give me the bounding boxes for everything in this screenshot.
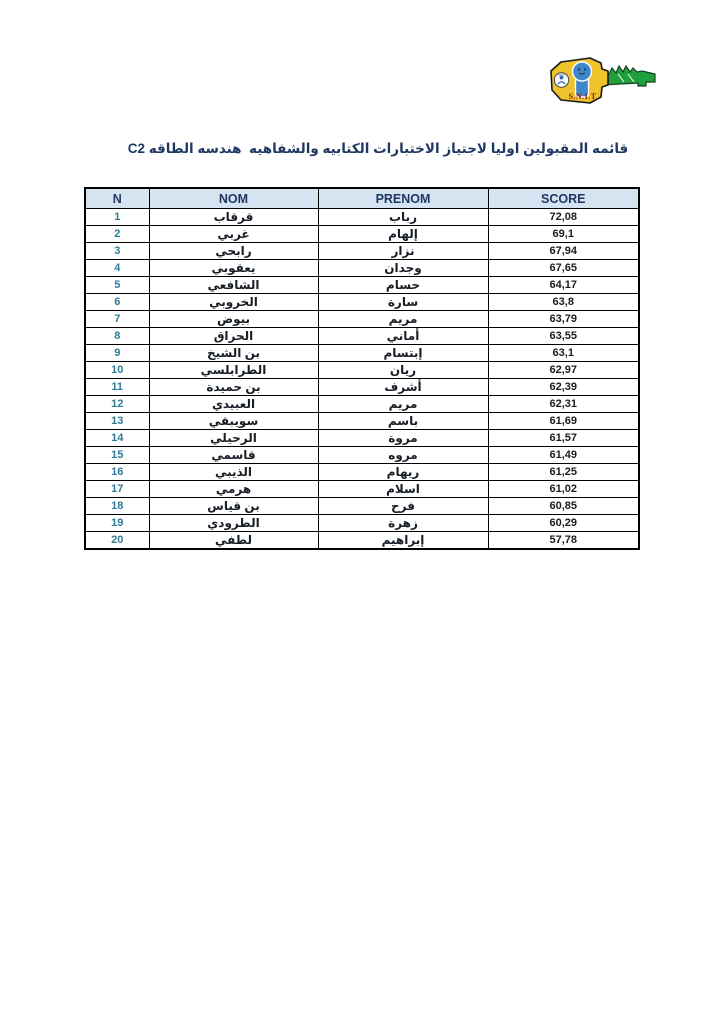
nom-cell: قرقاب: [149, 209, 318, 226]
document-page: S.N.I.T قائمه المقبولين اوليا لاجتياز ال…: [0, 0, 724, 1024]
score-cell: 62,31: [488, 396, 639, 413]
page-title: قائمه المقبولين اوليا لاجتياز الاختبارات…: [0, 141, 724, 157]
score-cell: 61,69: [488, 413, 639, 430]
table-row: 6الخروبيسارة63,8: [85, 294, 639, 311]
score-cell: 60,85: [488, 498, 639, 515]
score-cell: 67,94: [488, 243, 639, 260]
prenom-cell: وجدان: [318, 260, 488, 277]
row-number-cell: 19: [85, 515, 149, 532]
table-row: 7بيوضمريم63,79: [85, 311, 639, 328]
prenom-cell: أماني: [318, 328, 488, 345]
prenom-cell: أشرف: [318, 379, 488, 396]
prenom-cell: مروة: [318, 430, 488, 447]
table-row: 2غربيإلهام69,1: [85, 226, 639, 243]
emblem-icon: [554, 73, 568, 87]
table-row: 17هرمياسلام61,02: [85, 481, 639, 498]
row-number-cell: 10: [85, 362, 149, 379]
prenom-cell: اسلام: [318, 481, 488, 498]
score-cell: 62,97: [488, 362, 639, 379]
table-row: 5الشافعيحسام64,17: [85, 277, 639, 294]
prenom-cell: إلهام: [318, 226, 488, 243]
score-cell: 61,02: [488, 481, 639, 498]
score-cell: 64,17: [488, 277, 639, 294]
prenom-cell: إبتسام: [318, 345, 488, 362]
logo-text: S.N.I.T: [568, 92, 596, 101]
col-header-nom: NOM: [149, 188, 318, 209]
prenom-cell: ريهام: [318, 464, 488, 481]
prenom-cell: مروه: [318, 447, 488, 464]
key-blade-icon: [602, 66, 655, 86]
table-row: 13سويبقيباسم61,69: [85, 413, 639, 430]
score-cell: 63,1: [488, 345, 639, 362]
prenom-cell: رباب: [318, 209, 488, 226]
score-cell: 61,57: [488, 430, 639, 447]
score-cell: 63,55: [488, 328, 639, 345]
score-cell: 69,1: [488, 226, 639, 243]
nom-cell: غربي: [149, 226, 318, 243]
prenom-cell: زهرة: [318, 515, 488, 532]
row-number-cell: 12: [85, 396, 149, 413]
table-row: 11بن حميدةأشرف62,39: [85, 379, 639, 396]
row-number-cell: 13: [85, 413, 149, 430]
nom-cell: سويبقي: [149, 413, 318, 430]
table-row: 10الطرابلسيريان62,97: [85, 362, 639, 379]
nom-cell: رابحي: [149, 243, 318, 260]
score-cell: 57,78: [488, 532, 639, 549]
prenom-cell: حسام: [318, 277, 488, 294]
row-number-cell: 20: [85, 532, 149, 549]
score-cell: 72,08: [488, 209, 639, 226]
nom-cell: الذيبي: [149, 464, 318, 481]
nom-cell: الطرودي: [149, 515, 318, 532]
score-cell: 67,65: [488, 260, 639, 277]
col-header-n: N: [85, 188, 149, 209]
row-number-cell: 16: [85, 464, 149, 481]
nom-cell: العبيدي: [149, 396, 318, 413]
score-cell: 61,49: [488, 447, 639, 464]
row-number-cell: 14: [85, 430, 149, 447]
nom-cell: الطرابلسي: [149, 362, 318, 379]
prenom-cell: سارة: [318, 294, 488, 311]
row-number-cell: 5: [85, 277, 149, 294]
table-row: 9بن الشيخإبتسام63,1: [85, 345, 639, 362]
table-row: 1قرقابرباب72,08: [85, 209, 639, 226]
nom-cell: بن الشيخ: [149, 345, 318, 362]
nom-cell: الرحيلي: [149, 430, 318, 447]
prenom-cell: باسم: [318, 413, 488, 430]
table-row: 4يعقوبيوجدان67,65: [85, 260, 639, 277]
nom-cell: يعقوبي: [149, 260, 318, 277]
prenom-cell: فرح: [318, 498, 488, 515]
table-header-row: N NOM PRENOM SCORE: [85, 188, 639, 209]
nom-cell: قاسمي: [149, 447, 318, 464]
nom-cell: بن قياس: [149, 498, 318, 515]
table-row: 15قاسميمروه61,49: [85, 447, 639, 464]
table-row: 14الرحيليمروة61,57: [85, 430, 639, 447]
table-row: 12العبيديمريم62,31: [85, 396, 639, 413]
row-number-cell: 9: [85, 345, 149, 362]
table-row: 20لطفيإبراهيم57,78: [85, 532, 639, 549]
row-number-cell: 6: [85, 294, 149, 311]
row-number-cell: 4: [85, 260, 149, 277]
prenom-cell: نزار: [318, 243, 488, 260]
row-number-cell: 7: [85, 311, 149, 328]
snit-logo: S.N.I.T: [546, 55, 660, 109]
prenom-cell: مريم: [318, 311, 488, 328]
score-cell: 63,8: [488, 294, 639, 311]
prenom-cell: إبراهيم: [318, 532, 488, 549]
row-number-cell: 11: [85, 379, 149, 396]
results-table: N NOM PRENOM SCORE 1قرقابرباب72,082غربيإ…: [84, 187, 640, 550]
row-number-cell: 1: [85, 209, 149, 226]
table-row: 16الذيبيريهام61,25: [85, 464, 639, 481]
nom-cell: الحراق: [149, 328, 318, 345]
row-number-cell: 2: [85, 226, 149, 243]
row-number-cell: 15: [85, 447, 149, 464]
key-head-icon: S.N.I.T: [551, 58, 608, 103]
row-number-cell: 8: [85, 328, 149, 345]
table-row: 18بن قياسفرح60,85: [85, 498, 639, 515]
nom-cell: بن حميدة: [149, 379, 318, 396]
col-header-score: SCORE: [488, 188, 639, 209]
table-row: 3رابحينزار67,94: [85, 243, 639, 260]
prenom-cell: ريان: [318, 362, 488, 379]
score-cell: 62,39: [488, 379, 639, 396]
score-cell: 60,29: [488, 515, 639, 532]
col-header-prenom: PRENOM: [318, 188, 488, 209]
nom-cell: بيوض: [149, 311, 318, 328]
table-row: 19الطروديزهرة60,29: [85, 515, 639, 532]
row-number-cell: 17: [85, 481, 149, 498]
nom-cell: لطفي: [149, 532, 318, 549]
nom-cell: الخروبي: [149, 294, 318, 311]
row-number-cell: 18: [85, 498, 149, 515]
table-row: 8الحراقأماني63,55: [85, 328, 639, 345]
nom-cell: هرمي: [149, 481, 318, 498]
score-cell: 61,25: [488, 464, 639, 481]
score-cell: 63,79: [488, 311, 639, 328]
row-number-cell: 3: [85, 243, 149, 260]
prenom-cell: مريم: [318, 396, 488, 413]
nom-cell: الشافعي: [149, 277, 318, 294]
